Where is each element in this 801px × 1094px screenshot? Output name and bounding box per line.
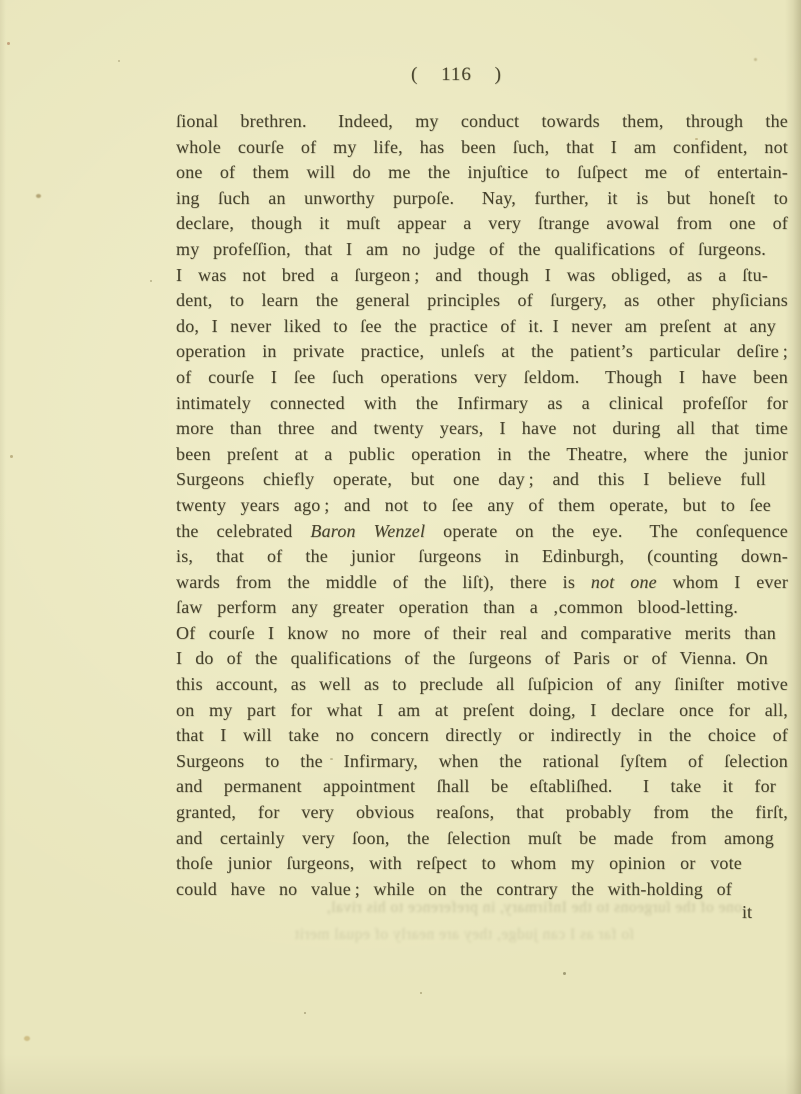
paper-speck [754, 58, 757, 61]
text-line: operation in private practice, unleſs at… [176, 339, 788, 365]
paper-speck [304, 1012, 306, 1014]
text-line: dent, to learn the general principles of… [176, 288, 788, 314]
paper-speck [36, 194, 41, 198]
text-line: and permanent appointment ſhall be eſtab… [176, 774, 776, 800]
paper-speck [420, 992, 422, 994]
text-line: do, I never liked to ſee the practice of… [176, 314, 776, 340]
text-line: twenty years ago ; and not to ſee any of… [176, 493, 771, 519]
paper-speck [118, 60, 120, 62]
text-line: is, that of the junior ſurgeons in Edinb… [176, 544, 788, 570]
text-line: of courſe I ſee ſuch operations very ſel… [176, 365, 788, 391]
text-line: Surgeons to the Infirmary, when the rati… [176, 749, 788, 775]
text-line: ſaw perform any greater operation than a… [176, 595, 738, 621]
paper-speck [10, 455, 13, 458]
paper-page: ( 116 ) ſional brethren. Indeed, my cond… [0, 0, 801, 1094]
paper-speck [695, 138, 698, 140]
showthrough-text: ſo far as I can judge, they are nearly o… [214, 926, 634, 944]
page-number: ( 116 ) [411, 64, 502, 86]
text-line: ing ſuch an unworthy purpoſe. Nay, furth… [176, 186, 788, 212]
paper-speck [330, 758, 333, 760]
text-line: my profeſſion, that I am no judge of the… [176, 237, 766, 263]
text-line: been preſent at a public operation in th… [176, 442, 788, 468]
paper-speck [7, 42, 10, 45]
text-line: Surgeons chiefly operate, but one day ; … [176, 467, 766, 493]
text-line: I was not bred a ſurgeon ; and though I … [176, 263, 768, 289]
text-line: I do of the qualifications of the ſurgeo… [176, 646, 768, 672]
text-line: thoſe junior ſurgeons, with reſpect to w… [176, 851, 742, 877]
text-line: one of them will do me the injuſtice to … [176, 160, 788, 186]
text-block: ſional brethren. Indeed, my conduct towa… [176, 109, 788, 902]
text-line: intimately connected with the Infirmary … [176, 391, 788, 417]
paper-speck [563, 972, 566, 975]
text-line: and certainly very ſoon, the ſelection m… [176, 826, 774, 852]
text-line: wards from the middle of the liſt), ther… [176, 570, 788, 596]
paper-speck [150, 280, 152, 282]
text-line: that I will take no concern directly or … [176, 723, 788, 749]
text-line: ſional brethren. Indeed, my conduct towa… [176, 109, 788, 135]
text-line: the celebrated Baron Wenzel operate on t… [176, 519, 788, 545]
text-line: declare, though it muſt appear a very ſt… [176, 211, 788, 237]
text-line: Of courſe I know no more of their real a… [176, 621, 776, 647]
text-line: this account, as well as to preclude all… [176, 672, 788, 698]
text-line: granted, for very obvious reaſons, that … [176, 800, 788, 826]
paper-speck [24, 1036, 30, 1041]
catchword: it [742, 902, 752, 923]
text-line: more than three and twenty years, I have… [176, 416, 788, 442]
showthrough-text: one of the ſurgeons to the Infirmary, in… [182, 899, 742, 917]
text-line: on my part for what I am at preſent doin… [176, 698, 788, 724]
